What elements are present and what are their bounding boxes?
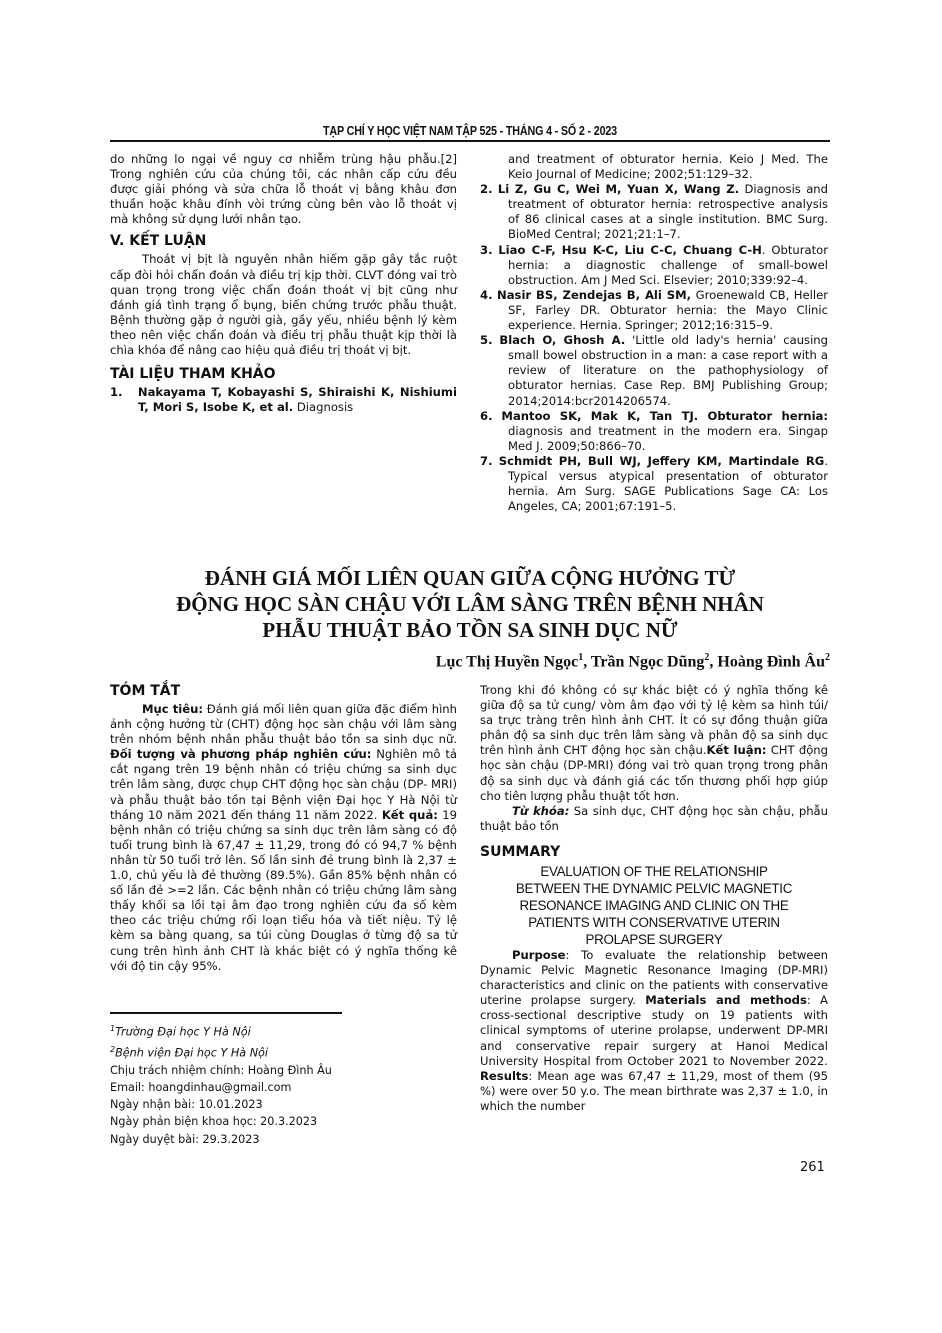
reference-number: 2. (480, 182, 492, 196)
prev-article-left-column: do những lo ngại về nguy cơ nhiễm trùng … (110, 152, 457, 415)
author-affiliation-mark: 2 (825, 652, 830, 663)
author-name: Trần Ngọc Dũng (591, 653, 705, 670)
references-right-column: and treatment of obturator hernia. Keio … (480, 152, 828, 514)
conclusion-label: Kết luận: (707, 743, 767, 757)
reference-detail: Diagnosis (293, 400, 353, 414)
article-title: ĐÁNH GIÁ MỐI LIÊN QUAN GIỮA CỘNG HƯỞNG T… (120, 565, 820, 643)
summary-heading: SUMMARY (480, 844, 828, 861)
reference-number: 7. (480, 454, 492, 468)
reference-item: 2. Li Z, Gu C, Wei M, Yuan X, Wang Z. Di… (480, 182, 828, 242)
abstract-left-column: TÓM TẮT Mục tiêu: Đánh giá mối liên quan… (110, 683, 457, 974)
references-heading: TÀI LIỆU THAM KHẢO (110, 366, 457, 383)
purpose-label: Purpose (512, 948, 566, 962)
results-text: 19 bệnh nhân có triệu chứng sa sinh dục … (110, 808, 457, 973)
reference-number: 3. (480, 243, 492, 257)
keywords: Từ khóa: Sa sinh dục, CHT động học sàn c… (480, 804, 828, 834)
summary-paragraph: Purpose: To evaluate the relationship be… (480, 948, 828, 1114)
email: Email: hoangdinhau@gmail.com (110, 1079, 400, 1096)
reference-number: 6. (480, 409, 492, 423)
author-list: Lục Thị Huyền Ngọc1, Trần Ngọc Dũng2, Ho… (436, 652, 830, 671)
author-affiliation-mark: 2 (704, 652, 709, 663)
reference-item-continued: and treatment of obturator hernia. Keio … (480, 152, 828, 182)
received-date: Ngày nhận bài: 10.01.2023 (110, 1096, 400, 1113)
reference-authors: Blach O, Ghosh A. (499, 333, 625, 347)
conclusion-text: Thoát vị bịt là nguyên nhân hiếm gặp gây… (110, 252, 457, 358)
corresponding-author: Chịu trách nhiệm chính: Hoàng Đình Âu (110, 1062, 400, 1079)
article-title-line: ĐỘNG HỌC SÀN CHẬU VỚI LÂM SÀNG TRÊN BỆNH… (120, 591, 820, 617)
affiliation-1: 1Trường Đại học Y Hà Nội (110, 1020, 400, 1041)
reference-authors: Schmidt PH, Bull WJ, Jeffery KM, Martind… (499, 454, 825, 468)
reference-number: 5. (480, 333, 492, 347)
abstract-heading: TÓM TẮT (110, 683, 457, 700)
methods-label: Đối tượng và phương pháp nghiên cứu: (110, 747, 371, 761)
summary-title: EVALUATION OF THE RELATIONSHIP BETWEEN T… (480, 863, 828, 948)
reference-item: 5. Blach O, Ghosh A. 'Little old lady's … (480, 333, 828, 408)
materials-methods-label: Materials and methods (645, 993, 807, 1007)
results-text-en: : Mean age was 67,47 ± 11,29, most of th… (480, 1069, 828, 1113)
author-name: Hoàng Đình Âu (717, 653, 825, 670)
reference-authors: Nasir BS, Zendejas B, Ali SM, (497, 288, 691, 302)
reference-authors: Mantoo SK, Mak K, Tan TJ. Obturator hern… (501, 409, 828, 423)
reference-number: 4. (480, 288, 492, 302)
results-label-en: Results (480, 1069, 528, 1083)
results-label: Kết quả: (382, 808, 438, 822)
reference-item: 7. Schmidt PH, Bull WJ, Jeffery KM, Mart… (480, 454, 828, 514)
abstract-right-column: Trong khi đó không có sự khác biệt có ý … (480, 683, 828, 1114)
reference-authors: Li Z, Gu C, Wei M, Yuan X, Wang Z. (498, 182, 739, 196)
reference-number: 1. (110, 385, 122, 399)
running-header: TẠP CHÍ Y HỌC VIỆT NAM TẬP 525 - THÁNG 4… (159, 124, 782, 138)
journal-page: TẠP CHÍ Y HỌC VIỆT NAM TẬP 525 - THÁNG 4… (0, 0, 942, 1333)
reference-detail: diagnosis and treatment in the modern er… (508, 424, 828, 453)
review-date: Ngày phản biện khoa học: 20.3.2023 (110, 1113, 400, 1130)
footnote-rule (110, 1012, 342, 1014)
reference-item: 6. Mantoo SK, Mak K, Tan TJ. Obturator h… (480, 409, 828, 454)
affiliation-2: 2Bệnh viện Đại học Y Hà Nội (110, 1041, 400, 1062)
footnotes: 1Trường Đại học Y Hà Nội 2Bệnh viện Đại … (110, 1020, 400, 1148)
reference-item: 3. Liao C-F, Hsu K-C, Liu C-C, Chuang C-… (480, 243, 828, 288)
article-title-line: PHẪU THUẬT BẢO TỒN SA SINH DỤC NỮ (120, 617, 820, 643)
keywords-label: Từ khóa: (512, 804, 569, 818)
accepted-date: Ngày duyệt bài: 29.3.2023 (110, 1131, 400, 1148)
page-number: 261 (800, 1160, 825, 1175)
abstract-continued: Trong khi đó không có sự khác biệt có ý … (480, 683, 828, 804)
article-title-line: ĐÁNH GIÁ MỐI LIÊN QUAN GIỮA CỘNG HƯỞNG T… (120, 565, 820, 591)
author-name: Lục Thị Huyền Ngọc (436, 653, 578, 670)
reference-item: 4. Nasir BS, Zendejas B, Ali SM, Groenew… (480, 288, 828, 333)
abstract-paragraph: Mục tiêu: Đánh giá mối liên quan giữa đặ… (110, 702, 457, 974)
reference-authors: Liao C-F, Hsu K-C, Liu C-C, Chuang C-H (498, 243, 762, 257)
conclusion-heading: V. KẾT LUẬN (110, 233, 457, 250)
objective-label: Mục tiêu: (142, 702, 203, 716)
header-rule (110, 140, 830, 142)
continued-paragraph: do những lo ngại về nguy cơ nhiễm trùng … (110, 152, 457, 227)
reference-item: 1. Nakayama T, Kobayashi S, Shiraishi K,… (110, 385, 457, 415)
author-affiliation-mark: 1 (578, 652, 583, 663)
